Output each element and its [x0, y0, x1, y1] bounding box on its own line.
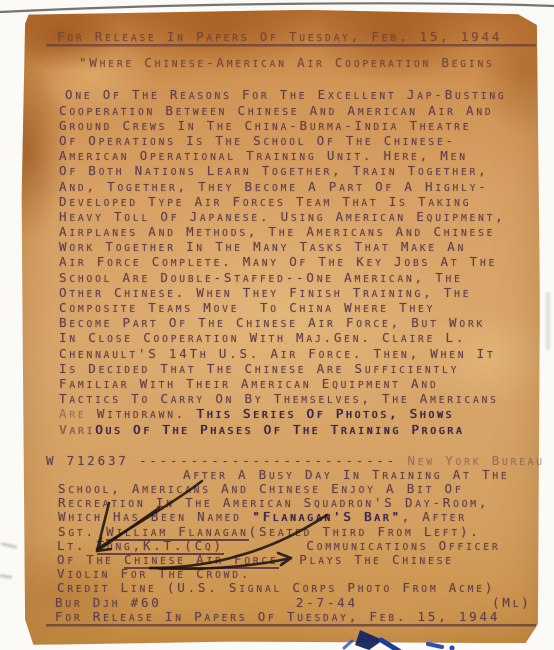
- caption-line: RECREATION IN THE AMERICAN SQUADRON'S DA…: [46, 496, 536, 510]
- body-line: TACTICS TO CARRY ON BY THEMSELVES, THE A…: [46, 391, 536, 406]
- caption-line: OF THE CHINESE AIR FORCE, PLAYS THE CHIN…: [46, 553, 536, 567]
- scan-streak: [1, 542, 17, 549]
- caption-title: "WHERE CHINESE-AMERICAN AIR COOPERATION …: [46, 56, 536, 70]
- body-line: GROUND CREWS IN THE CHINA-BURMA-INDIA TH…: [46, 118, 536, 133]
- body-line: IN CLOSE COOPERATION WITH MAJ.GEN. CLAIR…: [46, 330, 536, 345]
- body-line: IS DECIDED THAT THE CHINESE ARE SUFFICIE…: [46, 361, 536, 376]
- scanned-press-caption: FOR RELEASE IN PAPERS OF TUESDAY, FEB. 1…: [0, 0, 554, 650]
- body-line: SCHOOL ARE DOUBLE-STAFFED--ONE AMERICAN,…: [46, 270, 536, 285]
- body-line: COOPERATION BETWEEN CHINESE AND AMERICAN…: [46, 103, 536, 118]
- release-header-top: FOR RELEASE IN PAPERS OF TUESDAY, FEB. 1…: [46, 30, 536, 44]
- caption-line: SCHOOL, AMERICANS AND CHINESE ENJOY A BI…: [46, 482, 536, 496]
- body-line: HEAVY TOLL OF JAPANESE. USING AMERICAN E…: [46, 209, 536, 224]
- scan-streak: [546, 292, 550, 350]
- body-line: AIRPLANES AND METHODS, THE AMERICANS AND…: [46, 224, 536, 239]
- caption-line: WHICH HAS BEEN NAMED "FLANAGAN'S BAR", A…: [46, 510, 536, 524]
- caption-line: VIOLIN FOR THE CROWD.: [46, 567, 536, 581]
- caption-line: AFTER A BUSY DAY IN TRAINING AT THE: [46, 468, 536, 482]
- body-line: VARIOUS OF THE PHASES OF THE TRAINING PR…: [46, 422, 536, 437]
- body-line: DEVELOPED TYPE AIR FORCES TEAM THAT IS T…: [46, 194, 536, 209]
- body-line: OTHER CHINESE. WHEN THEY FINISH TRAINING…: [46, 285, 536, 300]
- body-line: ONE OF THE REASONS FOR THE EXCELLENT JAP…: [46, 87, 536, 102]
- body-line: AMERICAN OPERATIONAL TRAINING UNIT. HERE…: [46, 148, 536, 163]
- body-line: ARE WITHDRAWN. THIS SERIES OF PHOTOS, SH…: [46, 406, 536, 421]
- scan-streak: [0, 574, 12, 579]
- body-line: WORK TOGETHER IN THE MANY TASKS THAT MAK…: [46, 239, 536, 254]
- release-footer: FOR RELEASE IN PAPERS OF TUESDAY, FEB. 1…: [46, 610, 536, 624]
- body-line: OF BOTH NATIONS LEARN TOGETHER, TRAIN TO…: [46, 163, 536, 178]
- body-line: COMPOSITE TEAMS MOVE TO CHINA WHERE THEY: [46, 300, 536, 315]
- credit-line: CREDIT LINE (U.S. SIGNAL CORPS PHOTO FRO…: [46, 581, 536, 595]
- body-line: AIR FORCE COMPLETE. MANY OF THE KEY JOBS…: [46, 254, 536, 269]
- body-line: FAMILIAR WITH THEIR AMERICAN EQUIPMENT A…: [46, 376, 536, 391]
- body-line: OF OPERATIONS IS THE SCHOOL OF THE CHINE…: [46, 133, 536, 148]
- typed-caption-text: FOR RELEASE IN PAPERS OF TUESDAY, FEB. 1…: [46, 30, 536, 624]
- caption-line: SGT. WILLIAM FLANAGAN(SEATED THIRD FROM …: [46, 525, 536, 539]
- photo-number-line: W 712637 ------------------------- NEW Y…: [46, 454, 536, 468]
- body-line: AND, TOGETHER, THEY BECOME A PART OF A H…: [46, 179, 536, 194]
- caption-line: LT. TONG,K.T.(CQ) COMMUNICATIONS OFFICER: [46, 539, 536, 553]
- bureau-code-line: BUR DJH #60 2-7-44 (ML): [46, 596, 536, 610]
- body-line: CHENNAULT'S 14TH U.S. AIR FORCE. THEN, W…: [46, 346, 536, 361]
- body-line: BECOME PART OF THE CHINESE AIR FORCE, BU…: [46, 315, 536, 330]
